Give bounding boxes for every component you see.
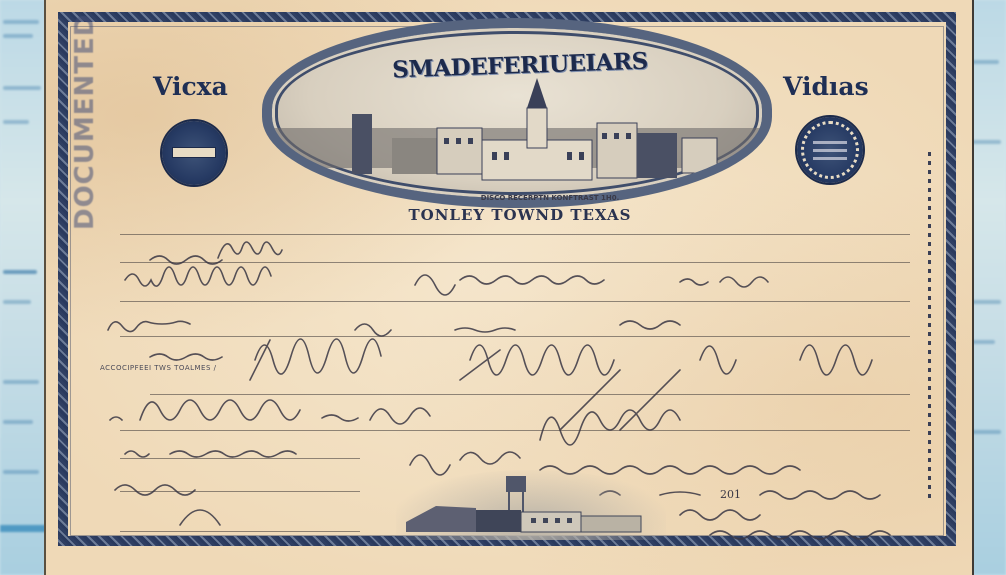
background-band xyxy=(0,525,46,532)
ruled-line xyxy=(120,491,360,492)
ruled-line xyxy=(150,394,910,395)
ruled-line xyxy=(120,262,910,263)
town-line: TONLEY TOWND TEXAS xyxy=(390,206,650,224)
perforation-line xyxy=(928,152,931,502)
right-heading: Vidıas xyxy=(783,72,869,101)
side-stamp: DOCUMENTED xyxy=(70,40,114,230)
seal-right-icon xyxy=(797,117,863,183)
ruled-line xyxy=(120,301,910,302)
ruled-line xyxy=(120,458,360,459)
left-heading: Vicxa xyxy=(153,72,228,101)
small-print: ACCOCIPFEEI TWS TOALMES / xyxy=(100,364,217,372)
background-paper-left xyxy=(0,0,46,575)
ruled-line xyxy=(120,430,910,431)
seal-left-icon xyxy=(162,121,226,185)
ruled-line xyxy=(120,531,360,532)
ruled-line xyxy=(120,234,910,235)
ruled-line xyxy=(120,336,910,337)
town-vignette-illustration xyxy=(262,18,772,208)
vignette-caption: DISCO RECERPTN KONFTRAST 1H0. xyxy=(475,194,625,202)
